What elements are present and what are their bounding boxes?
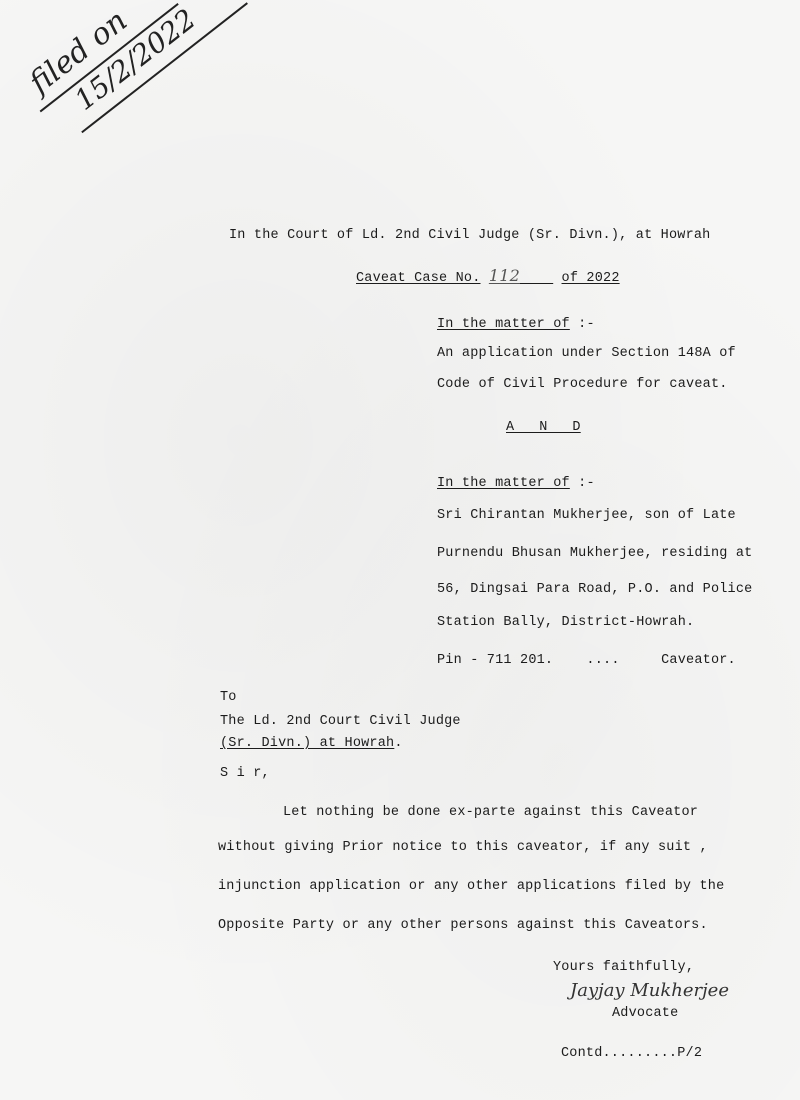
matter-2-line: 56, Dingsai Para Road, P.O. and Police [437,582,752,597]
matter-1-suffix: :- [578,317,595,332]
address-line: (Sr. Divn.) at Howrah. [220,736,403,751]
filed-annotation: filed on 15/2/2022 [0,0,267,202]
matter-2-line: Pin - 711 201. .... Caveator. [437,653,736,668]
case-gap [520,271,553,286]
case-number-line: Caveat Case No. 112 of 2022 [356,266,620,286]
address-line-2-end: . [394,736,402,751]
court-heading: In the Court of Ld. 2nd Civil Judge (Sr.… [229,228,710,243]
matter-1-heading: In the matter of :- [437,317,595,332]
address-line-2: (Sr. Divn.) at Howrah [220,736,394,751]
address-to: To [220,690,237,705]
case-prefix: Caveat Case No. [356,271,481,286]
document-page: filed on 15/2/2022 In the Court of Ld. 2… [0,0,800,1100]
matter-2-line: Sri Chirantan Mukherjee, son of Late [437,508,736,523]
address-line: The Ld. 2nd Court Civil Judge [220,714,461,729]
closing-yours: Yours faithfully, [553,960,694,975]
signature: Jayjay Mukherjee [570,980,729,1001]
matter-2-heading: In the matter of :- [437,476,595,491]
matter-2-heading-text: In the matter of [437,476,570,491]
closing-role: Advocate [612,1006,678,1021]
matter-2-line: Station Bally, District-Howrah. [437,615,694,630]
case-number: 112 [489,266,520,285]
matter-1-line: Code of Civil Procedure for caveat. [437,377,728,392]
salutation: S i r, [220,766,270,781]
matter-1-heading-text: In the matter of [437,317,570,332]
matter-2-line: Purnendu Bhusan Mukherjee, residing at [437,546,752,561]
case-suffix: of 2022 [562,271,620,286]
body-line: injunction application or any other appl… [218,879,724,894]
body-line: without giving Prior notice to this cave… [218,840,708,855]
matter-2-suffix: :- [578,476,595,491]
continued-note: Contd.........P/2 [561,1046,702,1061]
body-line: Opposite Party or any other persons agai… [218,918,708,933]
matter-1-line: An application under Section 148A of [437,346,736,361]
body-line: Let nothing be done ex-parte against thi… [283,805,698,820]
and-separator: A N D [506,420,581,435]
